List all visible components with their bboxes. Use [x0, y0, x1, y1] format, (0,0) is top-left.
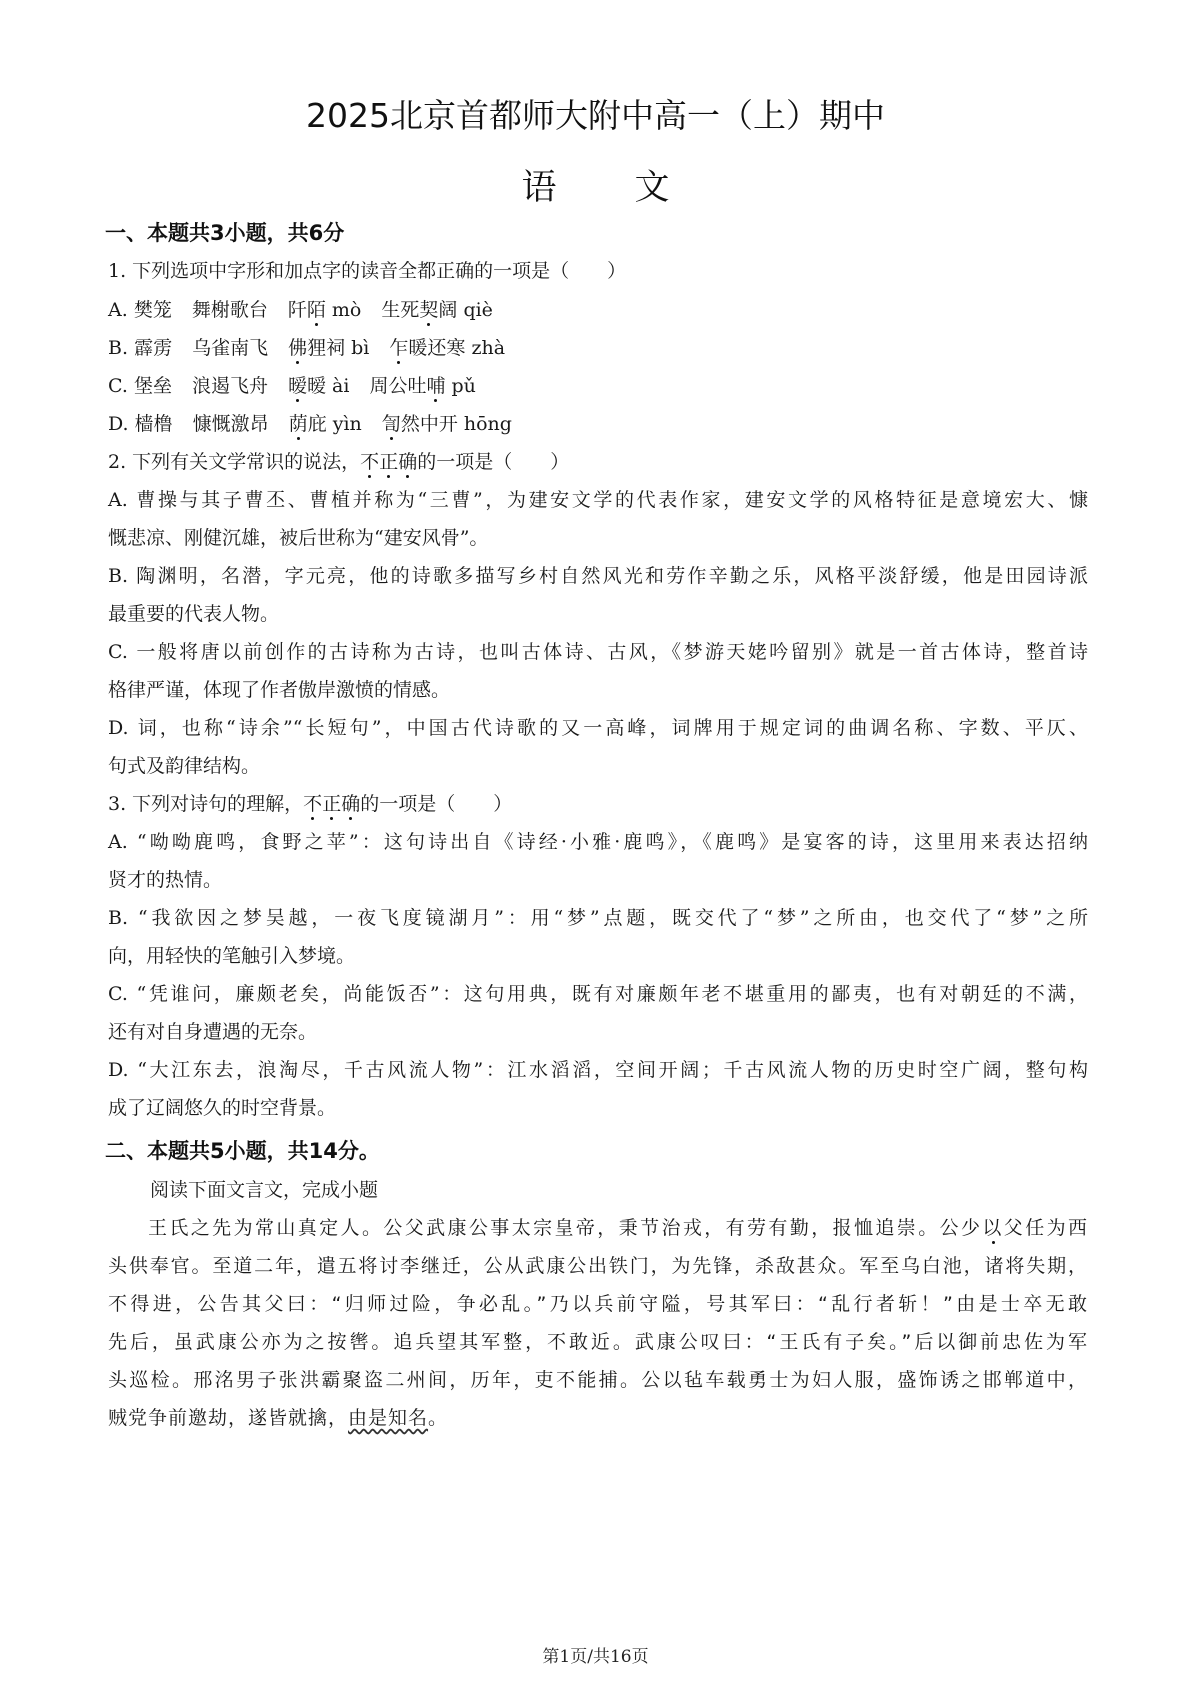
subject-char-1: 语 — [521, 160, 556, 210]
wavy-underlined-phrase: 由是知名 — [348, 1407, 428, 1429]
question-1-option-b: B. 霹雳乌雀南飞佛狸祠 bì乍暖还寒 zhà — [108, 335, 505, 361]
passage-line-1: 王氏之先为常山真定人。公父武康公事太宗皇帝，秉节治戎，有劳有勤，报恤追崇。公少以… — [108, 1215, 1088, 1241]
question-2-option-a-line-1: A. 曹操与其子曹丕、曹植并称为“三曹”，为建安文学的代表作家，建安文学的风格特… — [108, 487, 1088, 513]
subject-char-2: 文 — [635, 160, 670, 210]
question-2-option-c-line-2: 格律严谨，体现了作者傲岸激愤的情感。 — [108, 677, 450, 703]
question-3-stem: 3. 下列对诗句的理解，不正确的一项是（ ） — [108, 791, 512, 817]
passage-line-5: 头巡检。邢洺男子张洪霸聚盗二州间，历年，吏不能捕。公以毡车载勇士为妇人服，盛饰诱… — [108, 1367, 1088, 1393]
passage-line-3: 不得进，公告其父曰：“归师过险，争必乱。”乃以兵前守隘，号其军曰：“乱行者斩！”… — [108, 1291, 1088, 1317]
question-2-option-b-line-1: B. 陶渊明，名潜，字元亮，他的诗歌多描写乡村自然风光和劳作辛勤之乐，风格平淡舒… — [108, 563, 1088, 589]
question-3-option-a-line-1: A. “呦呦鹿鸣，食野之苹”：这句诗出自《诗经·小雅·鹿鸣》，《鹿鸣》是宴客的诗… — [108, 829, 1088, 855]
section-1-heading: 一、本题共3小题，共6分 — [105, 217, 344, 247]
question-3-option-b-line-2: 向，用轻快的笔触引入梦境。 — [108, 943, 355, 969]
question-3-option-d-line-2: 成了辽阔悠久的时空背景。 — [108, 1095, 336, 1121]
question-2-option-b-line-2: 最重要的代表人物。 — [108, 601, 279, 627]
passage-line-4: 先后，虽武康公亦为之按辔。追兵望其军整，不敢近。武康公叹曰：“王氏有子矣。”后以… — [108, 1329, 1088, 1355]
passage-line-6: 贼党争前邀劫，遂皆就擒，由是知名。 — [108, 1405, 448, 1431]
question-3-option-d-line-1: D. “大江东去，浪淘尽，千古风流人物”：江水滔滔，空间开阔；千古风流人物的历史… — [108, 1057, 1088, 1083]
reading-instruction: 阅读下面文言文，完成小题 — [150, 1177, 378, 1203]
exam-title: 2025北京首都师大附中高一（上）期中 — [0, 90, 1191, 137]
question-2-option-d-line-2: 句式及韵律结构。 — [108, 753, 260, 779]
question-2-option-a-line-2: 慨悲凉、刚健沉雄，被后世称为“建安风骨”。 — [108, 525, 488, 551]
page-indicator: 第1页/共16页 — [0, 1642, 1191, 1667]
question-1-stem: 1. 下列选项中字形和加点字的读音全都正确的一项是（ ） — [108, 258, 626, 284]
question-3-option-c-line-1: C. “凭谁问，廉颇老矣，尚能饭否”：这句用典，既有对廉颇年老不堪重用的鄙夷，也… — [108, 981, 1088, 1007]
question-1-option-d: D. 樯橹慷慨激昂荫庇 yìn訇然中开 hōng — [108, 411, 512, 437]
subject-title: 语文 — [0, 160, 1191, 210]
question-3-option-a-line-2: 贤才的热情。 — [108, 867, 222, 893]
exam-page: 2025北京首都师大附中高一（上）期中 语文 一、本题共3小题，共6分 1. 下… — [0, 0, 1191, 1684]
question-1-option-a: A. 樊笼舞榭歌台阡陌 mò生死契阔 qiè — [108, 297, 493, 323]
question-3-option-c-line-2: 还有对自身遭遇的无奈。 — [108, 1019, 317, 1045]
passage-line-2: 头供奉官。至道二年，遣五将讨李继迁，公从武康公出铁门，为先锋，杀敌甚众。军至乌白… — [108, 1253, 1088, 1279]
question-2-stem: 2. 下列有关文学常识的说法，不正确的一项是（ ） — [108, 449, 569, 475]
question-2-option-d-line-1: D. 词，也称“诗余”“长短句”，中国古代诗歌的又一高峰，词牌用于规定词的曲调名… — [108, 715, 1088, 741]
question-1-option-c: C. 堡垒浪遏飞舟暧暧 ài周公吐哺 pǔ — [108, 373, 476, 399]
section-2-heading: 二、本题共5小题，共14分。 — [105, 1135, 380, 1165]
question-3-option-b-line-1: B. “我欲因之梦吴越，一夜飞度镜湖月”：用“梦”点题，既交代了“梦”之所由，也… — [108, 905, 1088, 931]
question-2-option-c-line-1: C. 一般将唐以前创作的古诗称为古诗，也叫古体诗、古风，《梦游天姥吟留别》就是一… — [108, 639, 1088, 665]
